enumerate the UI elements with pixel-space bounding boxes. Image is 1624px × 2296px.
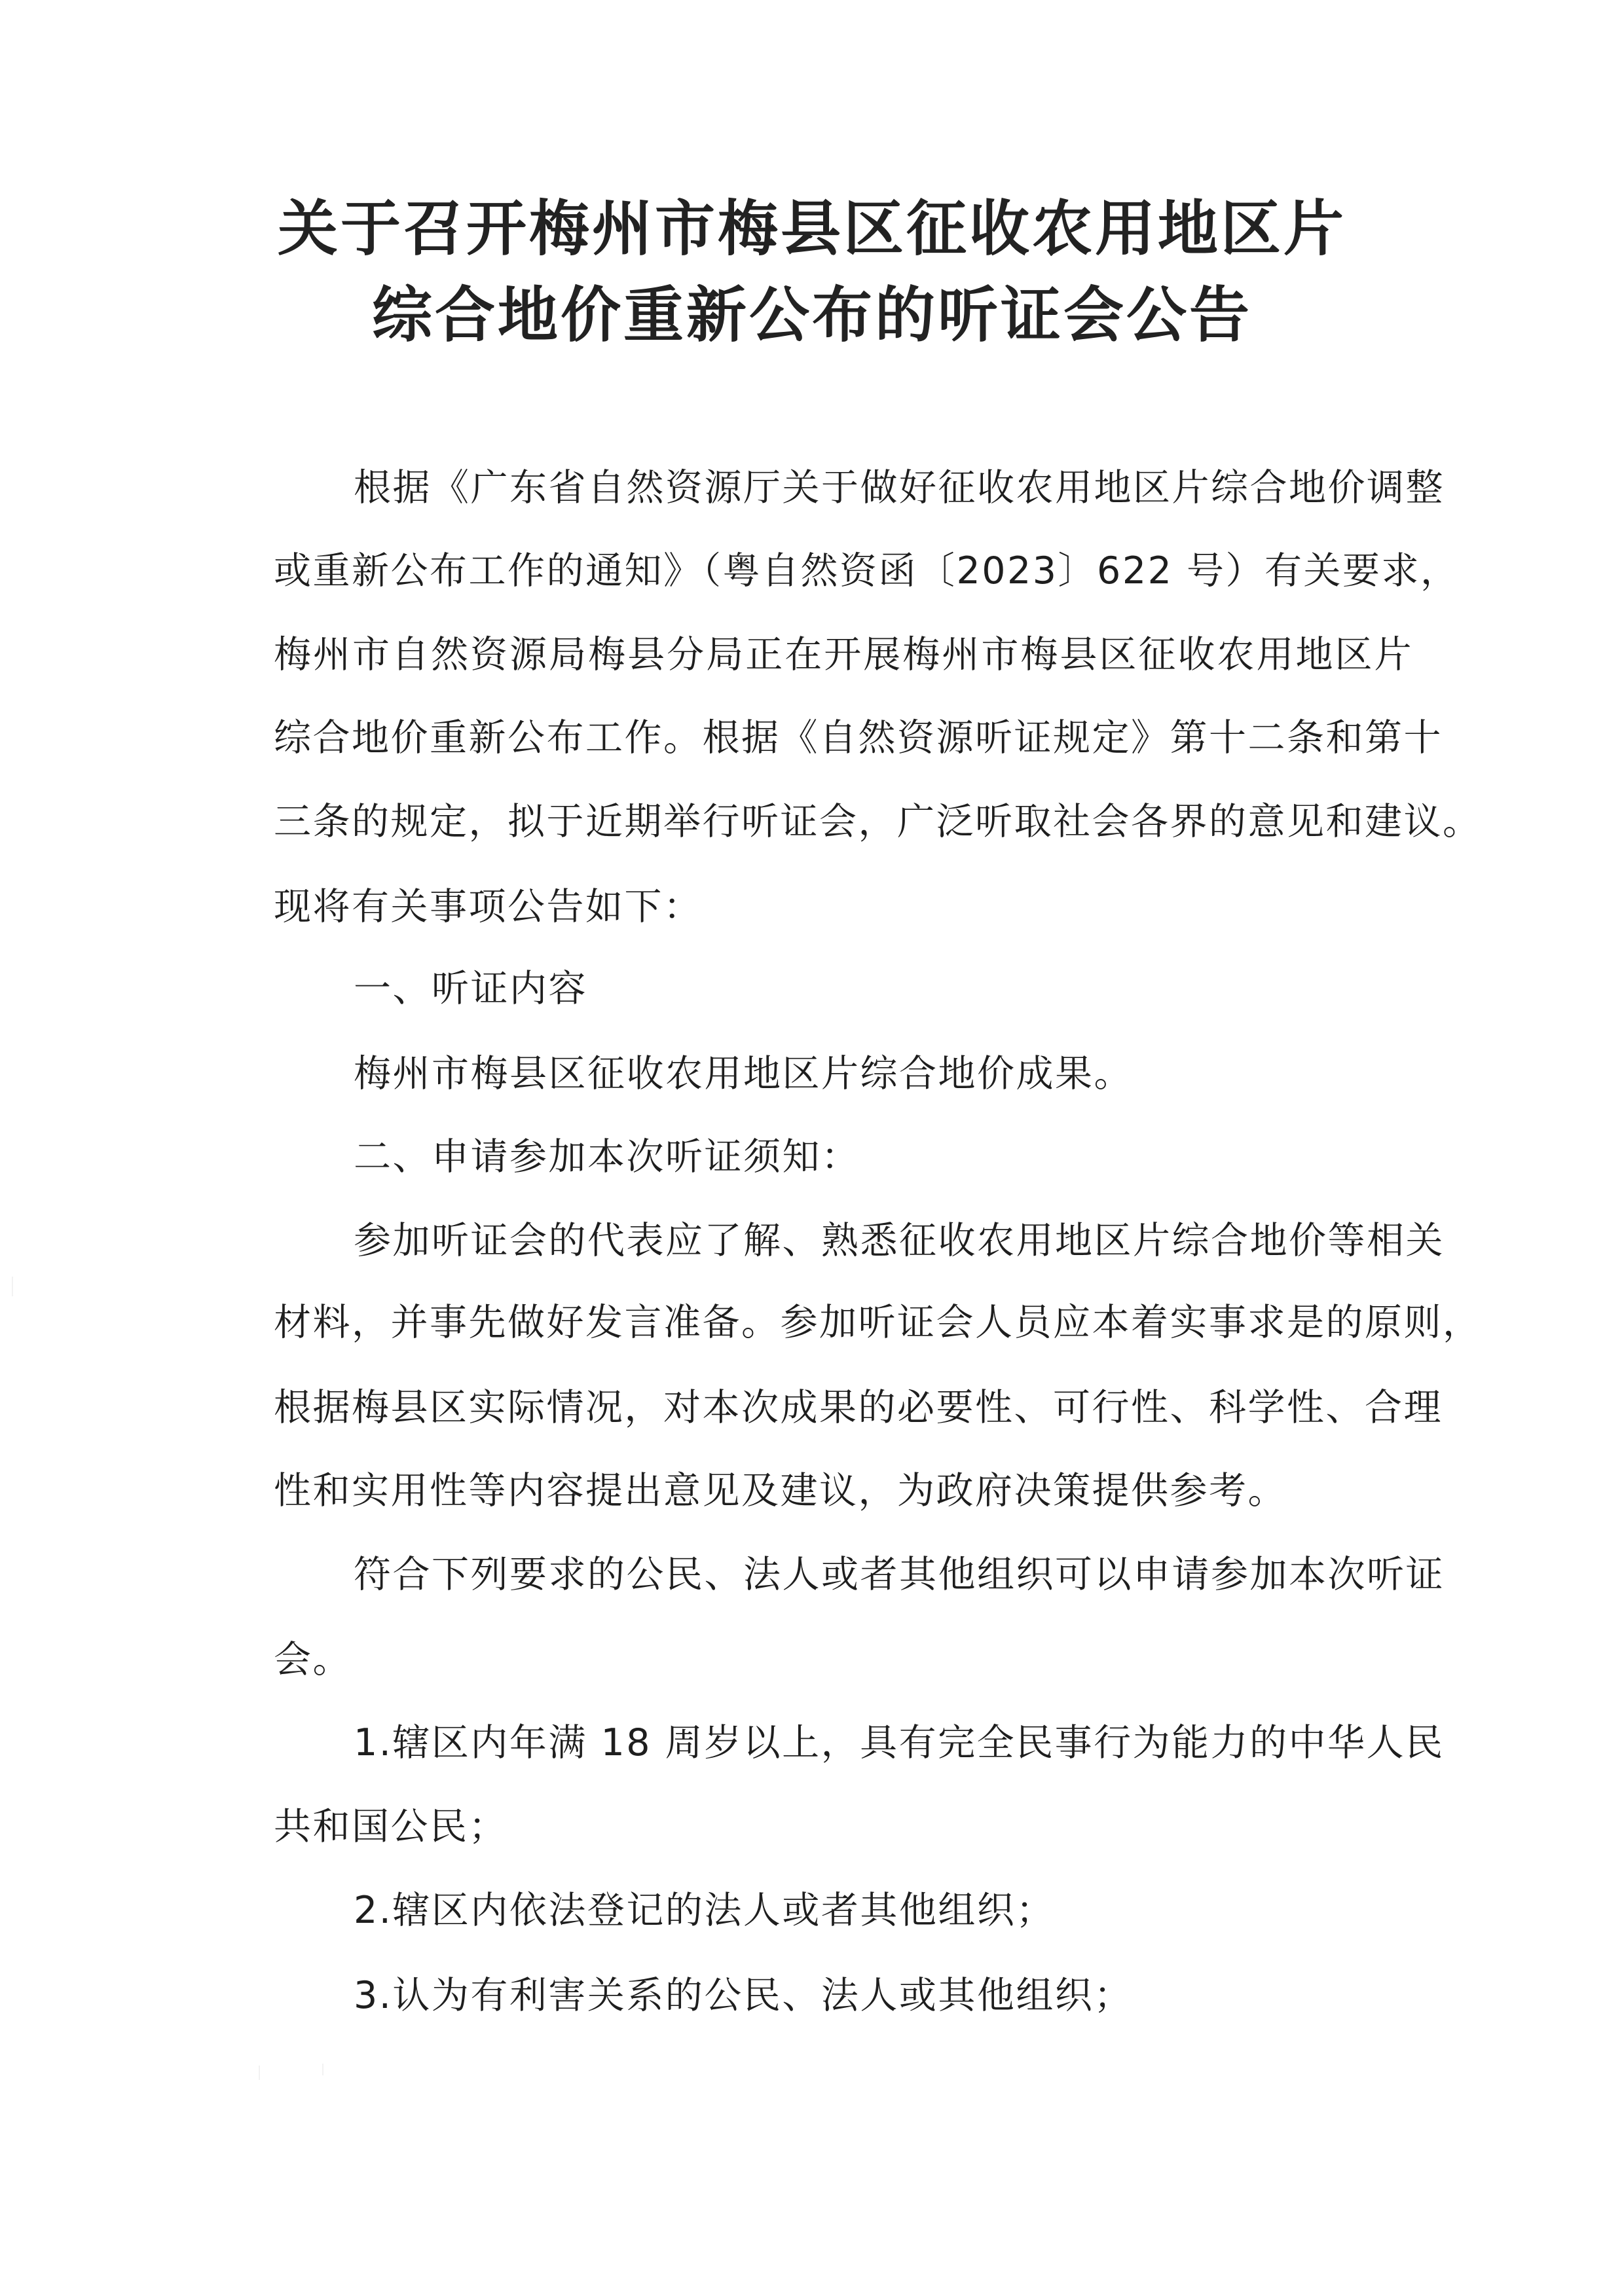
document-title-line-2: 综合地价重新公布的听证会公告 — [0, 280, 1624, 352]
text-line: 或重新公布工作的通知》（粤自然资函〔2023〕622 号）有关要求， — [274, 545, 1413, 597]
list-item-eligibility-3: 3.认为有利害关系的公民、法人或其他组织； — [354, 1969, 1413, 2022]
section-heading-hearing-content: 一、听证内容 — [354, 962, 1413, 1015]
text-line: 根据《广东省自然资源厅关于做好征收农用地区片综合地价调整 — [354, 462, 1413, 514]
text-line: 参加听证会的代表应了解、熟悉征收农用地区片综合地价等相关 — [354, 1214, 1413, 1267]
scan-artifact — [12, 1277, 13, 1296]
text-line: 梅州市自然资源局梅县分局正在开展梅州市梅县区征收农用地区片 — [274, 629, 1413, 681]
section-body-hearing-content: 梅州市梅县区征收农用地区片综合地价成果。 — [354, 1048, 1413, 1100]
scan-artifact — [322, 2064, 323, 2075]
text-line: 现将有关事项公告如下： — [274, 881, 1413, 933]
document-title-line-1: 关于召开梅州市梅县区征收农用地区片 — [0, 193, 1624, 265]
text-line: 符合下列要求的公民、法人或者其他组织可以申请参加本次听证 — [354, 1548, 1413, 1601]
text-line: 会。 — [274, 1633, 1413, 1686]
text-line: 综合地价重新公布工作。根据《自然资源听证规定》第十二条和第十 — [274, 712, 1413, 764]
text-line: 材料，并事先做好发言准备。参加听证会人员应本着实事求是的原则， — [274, 1296, 1413, 1349]
list-item-eligibility-2: 2.辖区内依法登记的法人或者其他组织； — [354, 1884, 1413, 1937]
text-line: 三条的规定，拟于近期举行听证会，广泛听取社会各界的意见和建议。 — [274, 795, 1413, 848]
text-line: 共和国公民； — [274, 1800, 1413, 1853]
text-line: 性和实用性等内容提出意见及建议，为政府决策提供参考。 — [274, 1465, 1413, 1517]
document-page: 关于召开梅州市梅县区征收农用地区片 综合地价重新公布的听证会公告 根据《广东省自… — [0, 0, 1624, 2296]
text-line: 1.辖区内年满 18 周岁以上，具有完全民事行为能力的中华人民 — [354, 1717, 1413, 1769]
text-line: 根据梅县区实际情况，对本次成果的必要性、可行性、科学性、合理 — [274, 1381, 1413, 1434]
scan-artifact — [259, 2066, 260, 2080]
section-heading-application-notice: 二、申请参加本次听证须知： — [354, 1131, 1413, 1183]
